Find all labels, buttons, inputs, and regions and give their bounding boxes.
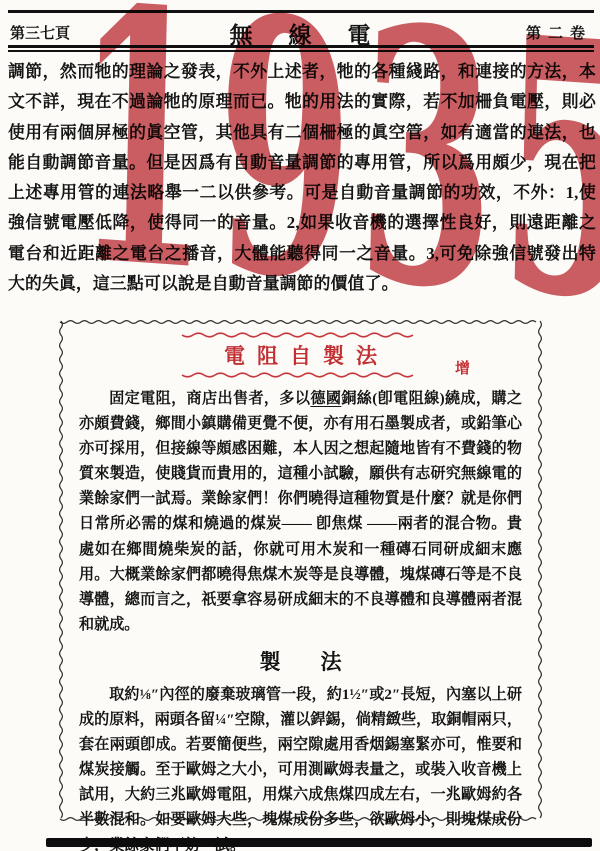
intro-paragraph: 調節，然而牠的理論之發表，不外上述者，牠的各種綫路，和連接的方法，本文不詳，現在… xyxy=(8,57,596,299)
article-title-block: 電阻自製法 增 xyxy=(79,331,522,379)
header-top-rule xyxy=(8,10,594,13)
para1-text-b: 銅絲(卽電阻線)繞成，購之亦頗費錢，鄉間小鎮購備更覺不便，亦有用石墨製成者，或鉛… xyxy=(79,391,522,633)
para1-text-a: 固定電阻，商店出售者，多以 xyxy=(109,391,310,407)
page-header: 第三七頁 無線電 第二卷 xyxy=(8,17,592,43)
article-paragraph-2: 取約⅛″內徑的廢棄玻璃管一段，約1½″或2″長短，內塞以上研成的原料，兩頭各留¼… xyxy=(79,683,522,851)
red-wavy-rule-top xyxy=(181,331,421,339)
article-box: 電阻自製法 增 固定電阻，商店出售者，多以德國銅絲(卽電阻線)繞成，購之亦頗費錢… xyxy=(58,319,543,822)
article-content: 電阻自製法 增 固定電阻，商店出售者，多以德國銅絲(卽電阻線)繞成，購之亦頗費錢… xyxy=(79,331,522,851)
bottom-black-rule xyxy=(46,838,592,847)
proper-noun-germany: 德國 xyxy=(310,391,341,407)
red-wavy-rule-bottom xyxy=(181,371,421,379)
magazine-page: 第三七頁 無線電 第二卷 調節，然而牠的理論之發表，不外上述者，牠的各種綫路，和… xyxy=(0,0,600,851)
article-subtitle: 製法 xyxy=(79,646,522,676)
article-title-mark: 增 xyxy=(455,357,470,378)
header-bottom-rule-thin xyxy=(8,50,594,52)
header-bottom-rule-thick xyxy=(8,45,594,48)
article-paragraph-1: 固定電阻，商店出售者，多以德國銅絲(卽電阻線)繞成，購之亦頗費錢，鄉間小鎮購備更… xyxy=(79,387,522,638)
volume-number: 第二卷 xyxy=(526,22,592,43)
page-number: 第三七頁 xyxy=(10,22,70,43)
